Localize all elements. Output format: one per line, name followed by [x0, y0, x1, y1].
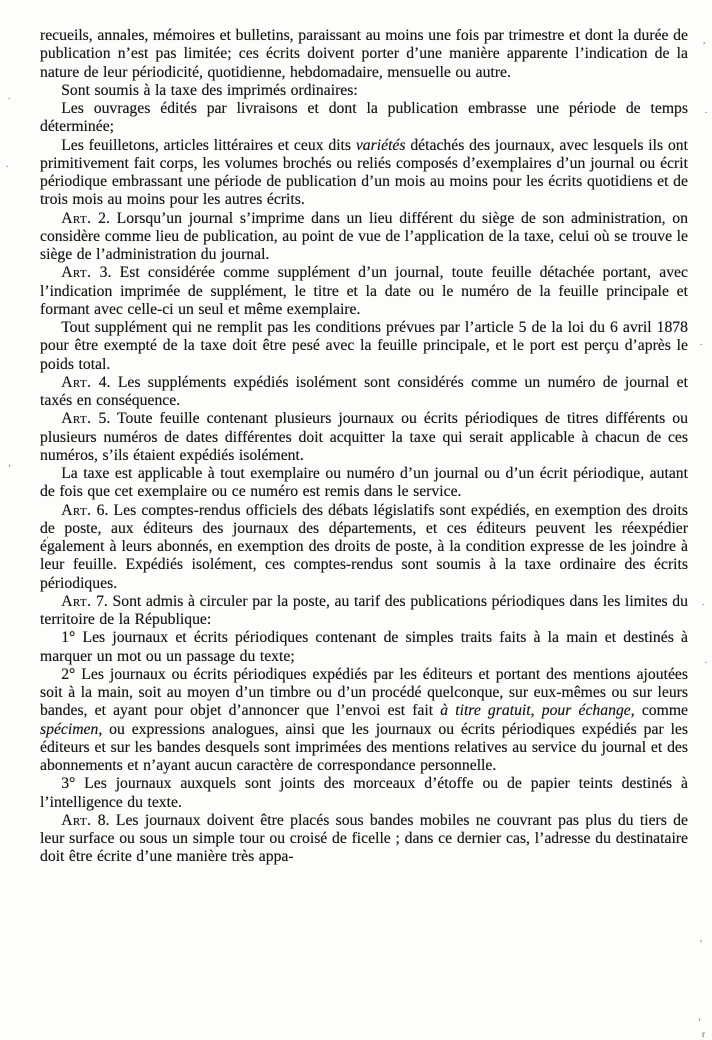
text-run: 2. Lorsqu’un journal s’imprime dans un l… — [40, 210, 688, 264]
text-run: , — [531, 702, 542, 719]
scan-speck: ’ — [46, 536, 49, 545]
scan-speck: . — [700, 338, 702, 347]
scan-speck: . — [705, 656, 707, 665]
article-label: Art. — [61, 374, 91, 391]
italic-term: spécimen — [40, 721, 98, 738]
article-label: Art. — [61, 264, 91, 281]
article-label: Art. — [61, 593, 91, 610]
text-run: 3° Les journaux auxquels sont joints des… — [40, 775, 688, 810]
text-run: 4. Les suppléments expédiés isolément so… — [40, 374, 688, 409]
scan-speck: . — [8, 92, 10, 101]
italic-term: à titre gratuit — [440, 702, 530, 719]
paragraph: Art. 6. Les comptes-rendus officiels des… — [40, 502, 688, 593]
text-run: Les feuilletons, articles littéraires et… — [61, 137, 356, 154]
text-run: , ou expressions analogues, ainsi que le… — [40, 721, 688, 775]
scan-speck: ’ — [8, 464, 11, 473]
article-label: Art. — [61, 410, 91, 427]
text-run: 7. Sont admis à circuler par la poste, a… — [40, 593, 688, 628]
paragraph: recueils, annales, mémoires et bulletins… — [40, 27, 688, 82]
text-run: 3. Est considérée comme supplément d’un … — [40, 264, 688, 318]
scan-speck: ’ — [698, 1018, 701, 1027]
text-run: Sont soumis à la taxe des imprimés ordin… — [61, 82, 358, 99]
scan-speck: . — [6, 160, 8, 169]
italic-term: variétés — [356, 137, 406, 154]
paragraph: Les feuilletons, articles littéraires et… — [40, 137, 688, 210]
text-run: La taxe est applicable à tout exemplaire… — [40, 465, 688, 500]
scanned-page: recueils, annales, mémoires et bulletins… — [0, 0, 712, 1040]
scan-speck: . — [705, 106, 707, 115]
scan-speck: , — [703, 36, 705, 45]
paragraph: Art. 2. Lorsqu’un journal s’imprime dans… — [40, 210, 688, 265]
scan-speck: r — [702, 1030, 705, 1039]
italic-term: pour échange — [542, 702, 631, 719]
text-run: 6. Les comptes-rendus officiels des déba… — [40, 502, 688, 592]
scan-speck: , — [700, 934, 702, 943]
paragraph: Art. 7. Sont admis à circuler par la pos… — [40, 593, 688, 630]
paragraph: Les ouvrages édités par livraisons et do… — [40, 100, 688, 137]
paragraph: Tout supplément qui ne remplit pas les c… — [40, 319, 688, 374]
paragraph: La taxe est applicable à tout exemplaire… — [40, 465, 688, 502]
paragraph: Art. 5. Toute feuille contenant plusieur… — [40, 410, 688, 465]
article-label: Art. — [61, 812, 91, 829]
text-run: Tout supplément qui ne remplit pas les c… — [40, 319, 688, 373]
paragraph: Art. 3. Est considérée comme supplément … — [40, 264, 688, 319]
text-run: 1° Les journaux et écrits périodiques co… — [40, 629, 688, 664]
article-label: Art. — [61, 210, 91, 227]
paragraph: Sont soumis à la taxe des imprimés ordin… — [40, 82, 688, 100]
scan-speck: . — [702, 598, 704, 607]
text-run: 5. Toute feuille contenant plusieurs jou… — [40, 410, 688, 464]
text-run: Les ouvrages édités par livraisons et do… — [40, 100, 688, 135]
text-run: 8. Les journaux doivent être placés sous… — [40, 812, 688, 866]
paragraph: 3° Les journaux auxquels sont joints des… — [40, 775, 688, 812]
text-run: , comme — [631, 702, 688, 719]
text-run: recueils, annales, mémoires et bulletins… — [40, 27, 688, 81]
article-label: Art. — [61, 502, 91, 519]
text-block: recueils, annales, mémoires et bulletins… — [40, 27, 688, 867]
paragraph: 1° Les journaux et écrits périodiques co… — [40, 629, 688, 666]
paragraph: Art. 4. Les suppléments expédiés isoléme… — [40, 374, 688, 411]
paragraph: 2° Les journaux ou écrits périodiques ex… — [40, 666, 688, 776]
paragraph: Art. 8. Les journaux doivent être placés… — [40, 812, 688, 867]
